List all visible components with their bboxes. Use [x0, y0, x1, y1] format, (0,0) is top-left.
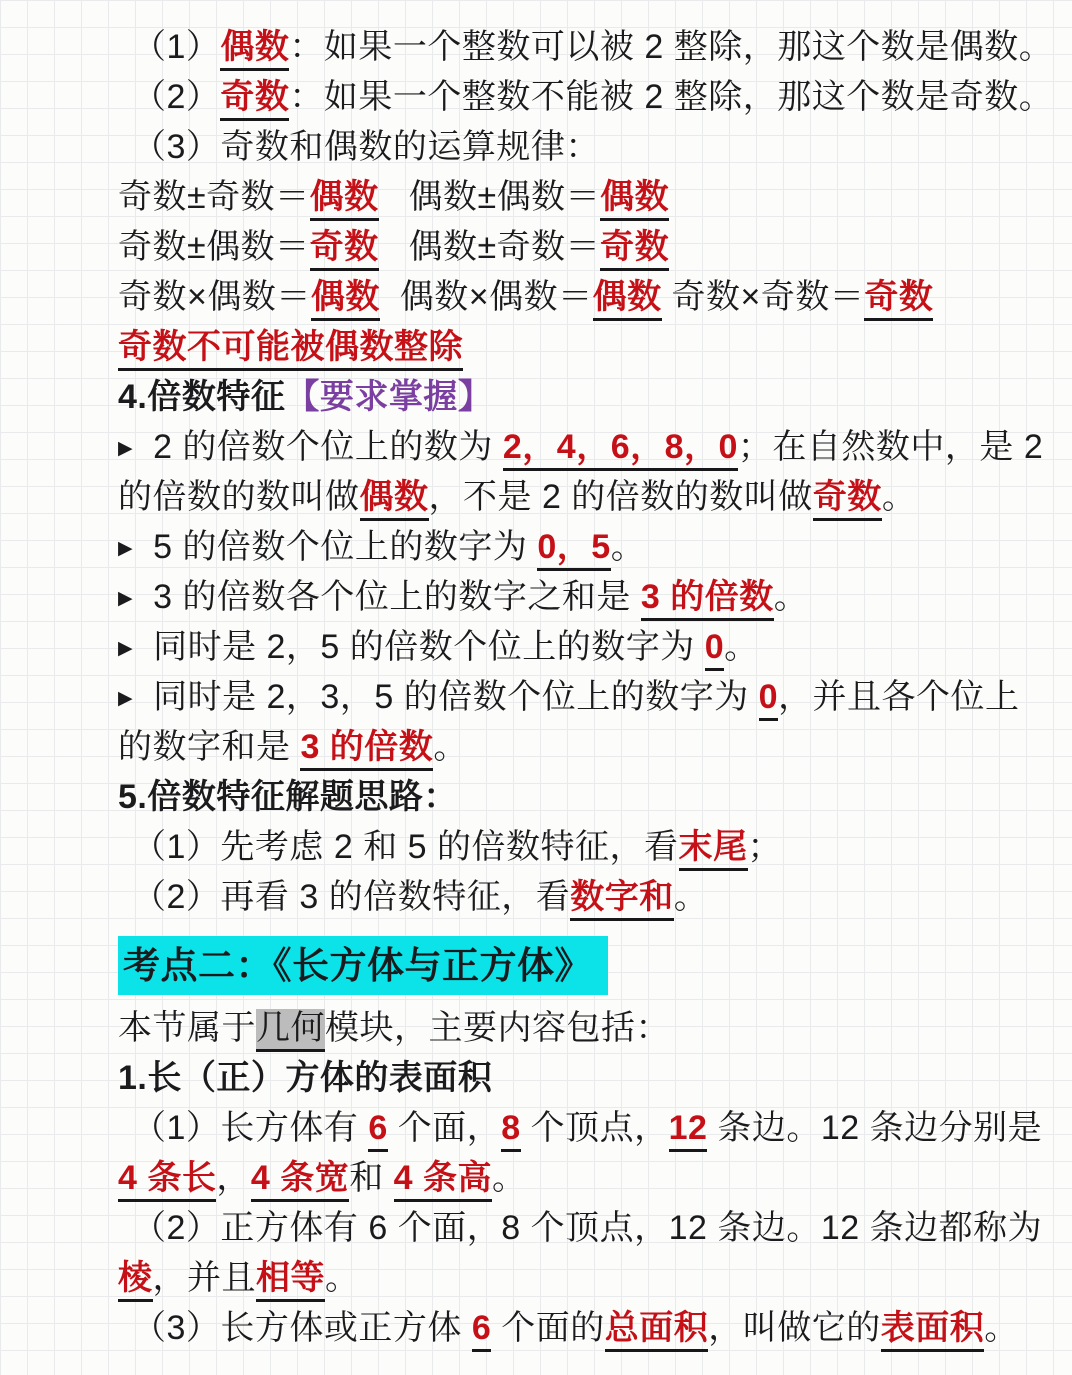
text-segment: 5.倍数特征解题思路：	[118, 778, 458, 816]
text-segment: 和	[349, 1159, 393, 1197]
text-segment: 。	[492, 1159, 527, 1197]
text-segment: 3 的倍数各个位上的数字之和是	[143, 578, 641, 616]
line-multiples-of-2a: ▶ 2 的倍数个位上的数为 2，4，6，8，0；在自然数中，是 2	[118, 422, 1072, 472]
text-segment: 偶数	[310, 178, 379, 221]
line-rule-multiply: 奇数×偶数＝偶数 偶数×偶数＝偶数 奇数×奇数＝奇数	[118, 272, 1072, 322]
text-segment: 。	[724, 628, 759, 666]
text-segment: 奇数	[864, 278, 933, 321]
text-segment: （1）长方体有	[132, 1109, 368, 1147]
text-segment: 偶数	[360, 478, 429, 521]
bullet-triangle-icon: ▶	[118, 438, 133, 459]
text-segment: 模块，主要内容包括：	[325, 1009, 670, 1047]
text-segment: 数字和	[570, 878, 674, 921]
text-segment: 偶数	[593, 278, 662, 321]
text-segment: 6	[368, 1109, 387, 1152]
text-segment: 6	[472, 1309, 491, 1352]
text-segment: 。	[611, 528, 646, 566]
text-segment: 1.长（正）方体的表面积	[118, 1059, 492, 1097]
text-segment: 。	[882, 478, 917, 516]
line-section-intro: 本节属于几何模块，主要内容包括：	[118, 1003, 1072, 1053]
text-segment: 0	[759, 678, 778, 721]
text-segment: 4 条宽	[251, 1159, 349, 1202]
text-segment: 的倍数的数叫做	[118, 478, 360, 516]
text-segment: ；在自然数中，是 2	[738, 428, 1043, 466]
text-segment: 总面积	[605, 1309, 709, 1352]
line-rule-add-2: 奇数±偶数＝奇数 偶数±奇数＝奇数	[118, 222, 1072, 272]
text-segment: （2）再看 3 的倍数特征，看	[132, 878, 570, 916]
text-segment: 偶数	[600, 178, 669, 221]
text-segment: 本节属于	[118, 1009, 256, 1047]
text-segment: 。	[674, 878, 709, 916]
text-segment: 2 的倍数个位上的数为	[143, 428, 503, 466]
text-segment: （3）奇数和偶数的运算规律：	[132, 128, 600, 166]
text-segment: 个面的	[491, 1309, 604, 1347]
line-multiples-of-2-3-5b: 的数字和是 3 的倍数。	[118, 722, 1072, 772]
text-segment: 奇数	[220, 78, 289, 121]
line-heading-surface-area: 1.长（正）方体的表面积	[118, 1053, 1072, 1103]
text-segment: 4 条长	[118, 1159, 216, 1202]
line-strategy-2: （2）再看 3 的倍数特征，看数字和。	[118, 872, 1072, 922]
text-segment: （1）	[132, 28, 220, 66]
text-segment: （2）	[132, 78, 220, 116]
text-segment: 3 的倍数	[300, 728, 433, 771]
line-topic-2-header: 考点二：《长方体与正方体》	[118, 936, 1072, 995]
text-segment: 8	[501, 1109, 520, 1152]
text-segment: 。	[774, 578, 809, 616]
line-multiples-of-5: ▶ 5 的倍数个位上的数字为 0，5。	[118, 522, 1072, 572]
text-segment: 2，4，6，8，0	[503, 428, 738, 471]
text-segment: 3 的倍数	[641, 578, 774, 621]
text-segment: 奇数±奇数＝	[118, 178, 310, 216]
line-multiples-of-2-3-5a: ▶ 同时是 2，3，5 的倍数个位上的数字为 0，并且各个位上	[118, 672, 1072, 722]
note-page: （1）偶数：如果一个整数可以被 2 整除，那这个数是偶数。（2）奇数：如果一个整…	[0, 0, 1072, 1375]
text-segment: 同时是 2，3，5 的倍数个位上的数字为	[143, 678, 759, 716]
text-segment: 0，5	[537, 528, 610, 571]
text-segment: 偶数×偶数＝	[380, 278, 593, 316]
text-segment: 。	[433, 728, 468, 766]
text-segment: ，	[216, 1159, 251, 1197]
line-strategy-1: （1）先考虑 2 和 5 的倍数特征，看末尾；	[118, 822, 1072, 872]
line-heading-strategy: 5.倍数特征解题思路：	[118, 772, 1072, 822]
text-segment: 同时是 2，5 的倍数个位上的数字为	[143, 628, 705, 666]
line-rules-title: （3）奇数和偶数的运算规律：	[118, 122, 1072, 172]
line-cube-b: 棱，并且相等。	[118, 1253, 1072, 1303]
text-segment: （1）先考虑 2 和 5 的倍数特征，看	[132, 828, 679, 866]
line-rule-add-1: 奇数±奇数＝偶数 偶数±偶数＝偶数	[118, 172, 1072, 222]
text-segment: 奇数	[813, 478, 882, 521]
text-segment: 。	[325, 1259, 360, 1297]
line-cuboid-b: 4 条长，4 条宽和 4 条高。	[118, 1153, 1072, 1203]
bullet-triangle-icon: ▶	[118, 588, 133, 609]
text-segment: 奇数不可能被偶数整除	[118, 328, 463, 371]
text-segment: 4 条高	[394, 1159, 492, 1202]
text-segment: 个顶点，	[521, 1109, 669, 1147]
text-segment: ，并且各个位上	[778, 678, 1020, 716]
line-multiples-of-2b: 的倍数的数叫做偶数，不是 2 的倍数的数叫做奇数。	[118, 472, 1072, 522]
text-segment: 12	[669, 1109, 708, 1152]
text-segment: ；	[748, 828, 783, 866]
note-body: （1）偶数：如果一个整数可以被 2 整除，那这个数是偶数。（2）奇数：如果一个整…	[0, 0, 1072, 1353]
text-segment: 条边。12 条边分别是	[707, 1109, 1042, 1147]
text-segment: ，并且	[153, 1259, 257, 1297]
line-multiples-of-3: ▶ 3 的倍数各个位上的数字之和是 3 的倍数。	[118, 572, 1072, 622]
text-segment: 偶数±偶数＝	[379, 178, 601, 216]
text-segment: 【要求掌握】	[285, 378, 492, 416]
line-even-def: （1）偶数：如果一个整数可以被 2 整除，那这个数是偶数。	[118, 22, 1072, 72]
text-segment: ，叫做它的	[708, 1309, 881, 1347]
text-segment: 奇数±偶数＝	[118, 228, 310, 266]
line-cuboid-a: （1）长方体有 6 个面，8 个顶点，12 条边。12 条边分别是	[118, 1103, 1072, 1153]
text-segment: 偶数	[220, 28, 289, 71]
text-segment: ，不是 2 的倍数的数叫做	[429, 478, 813, 516]
text-segment: 偶数	[311, 278, 380, 321]
line-heading-multiples: 4.倍数特征【要求掌握】	[118, 372, 1072, 422]
text-segment: 奇数	[310, 228, 379, 271]
text-segment: ：如果一个整数可以被 2 整除，那这个数是偶数。	[289, 28, 1053, 66]
line-rule-divide: 奇数不可能被偶数整除	[118, 322, 1072, 372]
text-segment: 0	[705, 628, 724, 671]
text-segment: 奇数×奇数＝	[662, 278, 865, 316]
text-segment: 奇数	[600, 228, 669, 271]
line-surface-area-def: （3）长方体或正方体 6 个面的总面积，叫做它的表面积。	[118, 1303, 1072, 1353]
text-segment: 考点二：《长方体与正方体》	[118, 936, 608, 995]
bullet-triangle-icon: ▶	[118, 688, 133, 709]
text-segment: 几何	[256, 1009, 325, 1052]
text-segment: 。	[984, 1309, 1019, 1347]
text-segment: 奇数×偶数＝	[118, 278, 311, 316]
line-cube-a: （2）正方体有 6 个面，8 个顶点，12 条边。12 条边都称为	[118, 1203, 1072, 1253]
text-segment: （2）正方体有 6 个面，8 个顶点，12 条边。12 条边都称为	[132, 1209, 1042, 1247]
text-segment: 表面积	[881, 1309, 985, 1352]
text-segment: 末尾	[679, 828, 748, 871]
bullet-triangle-icon: ▶	[118, 638, 133, 659]
text-segment: 的数字和是	[118, 728, 300, 766]
text-segment: 个面，	[388, 1109, 501, 1147]
bullet-triangle-icon: ▶	[118, 538, 133, 559]
text-segment: 4.倍数特征	[118, 378, 285, 416]
line-odd-def: （2）奇数：如果一个整数不能被 2 整除，那这个数是奇数。	[118, 72, 1072, 122]
text-segment: 偶数±奇数＝	[379, 228, 601, 266]
text-segment: 5 的倍数个位上的数字为	[143, 528, 537, 566]
text-segment: （3）长方体或正方体	[132, 1309, 472, 1347]
text-segment: ：如果一个整数不能被 2 整除，那这个数是奇数。	[289, 78, 1053, 116]
line-multiples-of-2-5: ▶ 同时是 2，5 的倍数个位上的数字为 0。	[118, 622, 1072, 672]
text-segment: 相等	[256, 1259, 325, 1302]
text-segment: 棱	[118, 1259, 153, 1302]
